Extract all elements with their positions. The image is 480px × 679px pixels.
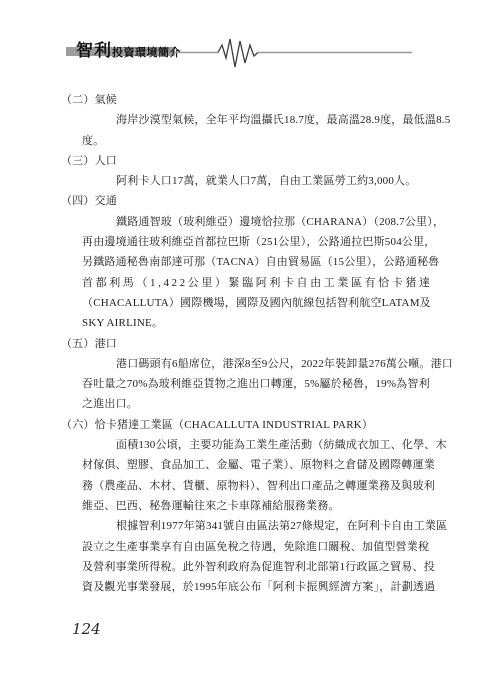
paragraph-line: 及營利事業所得稅。此外智利政府為促進智利北部第1行政區之貿易、投: [0, 557, 480, 577]
section-heading: （六）恰卡猪達工業區（CHACALLUTA INDUSTRIAL PARK）: [0, 415, 480, 435]
paragraph-line: 海岸沙漠型氣候，全年平均溫攝氏18.7度，最高溫28.9度，最低溫8.5: [0, 110, 480, 130]
paragraph-line: 吞吐量之70%為玻利維亞貨物之進出口轉運，5%屬於秘魯，19%為智利: [0, 374, 480, 394]
paragraph-line: 務（農產品、木材、貨櫃、原物料）、智利出口產品之轉運業務及與玻利: [0, 476, 480, 496]
paragraph-line: 維亞、巴西、秘魯運輸往來之卡車隊補給服務業務。: [0, 496, 480, 516]
paragraph-line: 再由邊境通往玻利維亞首都拉巴斯（251公里），公路通拉巴斯504公里，: [0, 232, 480, 252]
paragraph-line: 資及觀光事業發展，於1995年底公布「阿利卡振興經濟方案」，計劃透過: [0, 577, 480, 597]
paragraph-line: 面積130公頃，主要功能為工業生產活動（紡織成衣加工、化學、木: [0, 435, 480, 455]
paragraph-line: 材傢俱、塑膠、食品加工、金屬、電子業）、原物料之倉儲及國際轉運業: [0, 455, 480, 475]
page-title-main: 智利: [76, 36, 112, 61]
paragraph-line: 之進出口。: [0, 394, 480, 414]
heartbeat-line-icon: [174, 35, 414, 71]
paragraph-line: 度。: [0, 131, 480, 151]
document-body: （二）氣候 海岸沙漠型氣候，全年平均溫攝氏18.7度，最高溫28.9度，最低溫8…: [0, 90, 480, 597]
section-heading: （二）氣候: [0, 90, 480, 110]
section-heading: （四）交通: [0, 191, 480, 211]
paragraph-line: SKY AIRLINE。: [0, 313, 480, 333]
paragraph-line: 阿利卡人口17萬，就業人口7萬，自由工業區勞工約3,000人。: [0, 171, 480, 191]
page-title-sub: 投資環境簡介: [112, 44, 181, 60]
paragraph-line: 港口碼頭有6船席位，港深8至9公尺，2022年裝卸量276萬公噸。港口: [0, 354, 480, 374]
section-heading: （五）港口: [0, 334, 480, 354]
document-page: 智利投資環境簡介 （二）氣候 海岸沙漠型氣候，全年平均溫攝氏18.7度，最高溫2…: [0, 0, 480, 679]
paragraph-line: 設立之生產事業享有自由區免稅之待遇，免除進口關稅、加值型營業稅: [0, 537, 480, 557]
paragraph-line: （CHACALLUTA）國際機場，國際及國內航線包括智利航空LATAM及: [0, 293, 480, 313]
section-heading: （三）人口: [0, 151, 480, 171]
paragraph-line: 首都利馬（1,422公里）緊臨阿利卡自由工業區有恰卡猪達: [0, 273, 480, 293]
paragraph-line: 根據智利1977年第341號自由區法第27條規定，在阿利卡自由工業區: [0, 516, 480, 536]
page-number: 124: [72, 620, 101, 638]
paragraph-line: 另鐵路通秘魯南部達可那（TACNA）自由貿易區（15公里），公路通秘魯: [0, 252, 480, 272]
page-title: 智利投資環境簡介: [76, 36, 181, 56]
paragraph-line: 鐵路通智玻（玻利維亞）邊境恰拉那（CHARANA）（208.7公里），: [0, 212, 480, 232]
